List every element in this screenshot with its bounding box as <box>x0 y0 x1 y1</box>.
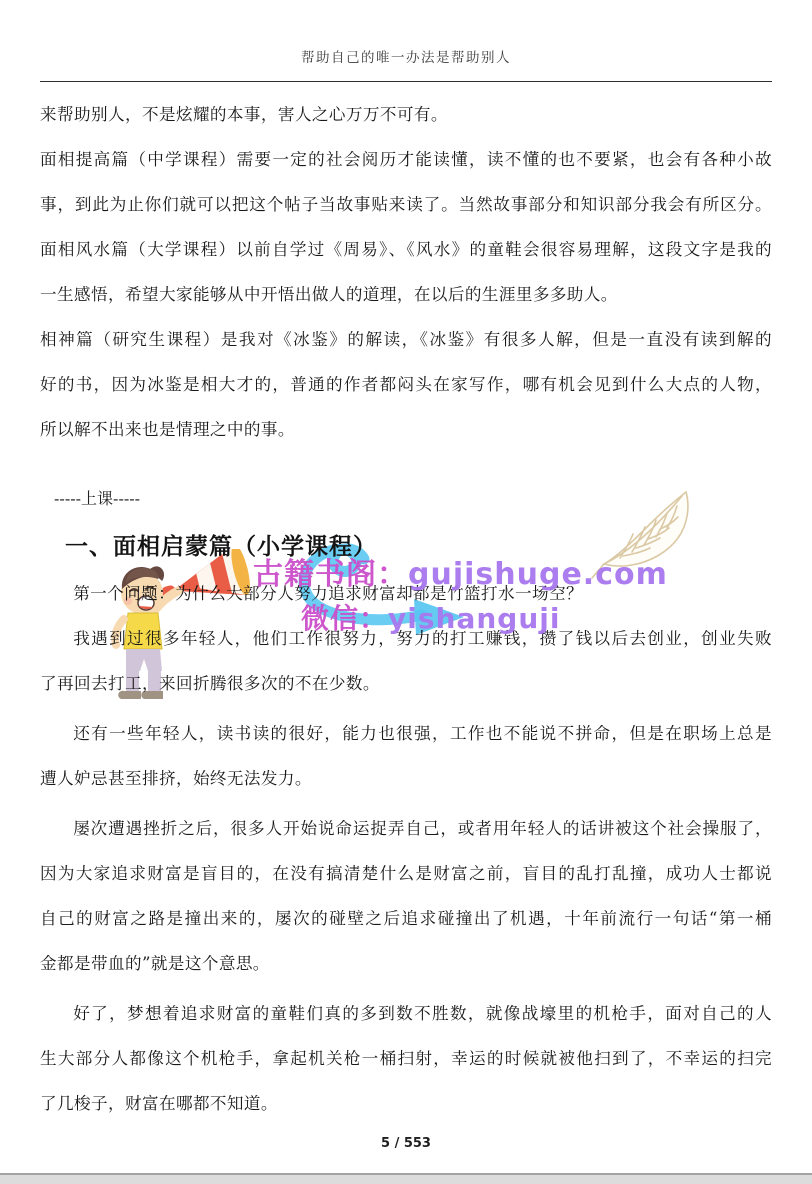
watermark-wechat: 微信：yishanguji <box>301 597 560 637</box>
text-line: 了几梭子，财富在哪都不知道。 <box>40 1081 772 1126</box>
text-line: 好的书，因为冰鉴是相大才的，普通的作者都闷头在家写作，哪有机会见到什么大点的人物… <box>40 362 772 407</box>
text-line: 金都是带血的”就是这个意思。 <box>40 941 772 986</box>
text-line: 因为大家追求财富是盲目的，在没有搞清楚什么是财富之前，盲目的乱打乱撞，成功人士都… <box>40 851 772 896</box>
text-line: 事，到此为止你们就可以把这个帖子当故事贴来读了。当然故事部分和知识部分我会有所区… <box>40 182 772 227</box>
text-line: 遭人妒忌甚至排挤，始终无法发力。 <box>40 756 772 801</box>
watermark-site-url: gujishuge.com <box>408 557 668 592</box>
text-line: 好了，梦想着追求财富的童鞋们真的多到数不胜数，就像战壕里的机枪手，面对自己的人 <box>40 991 772 1036</box>
class-start-marker: -----上课----- <box>40 476 772 521</box>
text-line: 了再回去打工，来回折腾很多次的不在少数。 <box>40 661 772 706</box>
watermark-wechat-id: yishanguji <box>388 602 560 635</box>
bottom-window-edge <box>0 1173 812 1184</box>
text-line: 自己的财富之路是撞出来的，屡次的碰壁之后追求碰撞出了机遇，十年前流行一句话“第一… <box>40 896 772 941</box>
text-line: 面相风水篇（大学课程）以前自学过《周易》、《风水》的童鞋会很容易理解，这段文字是… <box>40 227 772 272</box>
header-rule <box>40 81 772 82</box>
text-line: 面相提高篇（中学课程）需要一定的社会阅历才能读懂，读不懂的也不要紧，也会有各种小… <box>40 137 772 182</box>
page-header-title: 帮助自己的唯一办法是帮助别人 <box>0 0 812 66</box>
text-line: 生大部分人都像这个机枪手，拿起机关枪一桶扫射，幸运的时候就被他扫到了，不幸运的扫… <box>40 1036 772 1081</box>
text-line: 来帮助别人，不是炫耀的本事，害人之心万万不可有。 <box>40 92 772 137</box>
text-line: 屡次遭遇挫折之后，很多人开始说命运捉弄自己，或者用年轻人的话讲被这个社会操服了， <box>40 806 772 851</box>
text-line: 还有一些年轻人，读书读的很好，能力也很强，工作也不能说不拼命，但是在职场上总是 <box>40 711 772 756</box>
text-line: 相神篇（研究生课程）是我对《冰鉴》的解读，《冰鉴》有很多人解，但是一直没有读到解… <box>40 317 772 362</box>
document-page: 帮助自己的唯一办法是帮助别人 <box>0 0 812 1184</box>
text-line: 一生感悟，希望大家能够从中开悟出做人的道理，在以后的生涯里多多助人。 <box>40 272 772 317</box>
intro-paragraphs: 来帮助别人，不是炫耀的本事，害人之心万万不可有。 面相提高篇（中学课程）需要一定… <box>40 92 772 452</box>
watermark-site-label: 古籍书阁： <box>253 557 408 592</box>
page-number: 5 / 553 <box>0 1136 812 1151</box>
watermark-wechat-label: 微信： <box>301 602 388 635</box>
lesson-paragraphs: 第一个问题：为什么大部分人努力追求财富却都是竹篮打水一场空？ 我遇到过很多年轻人… <box>40 571 772 1126</box>
watermark-site: 古籍书阁：gujishuge.com <box>253 549 668 593</box>
text-line: 所以解不出来也是情理之中的事。 <box>40 407 772 452</box>
